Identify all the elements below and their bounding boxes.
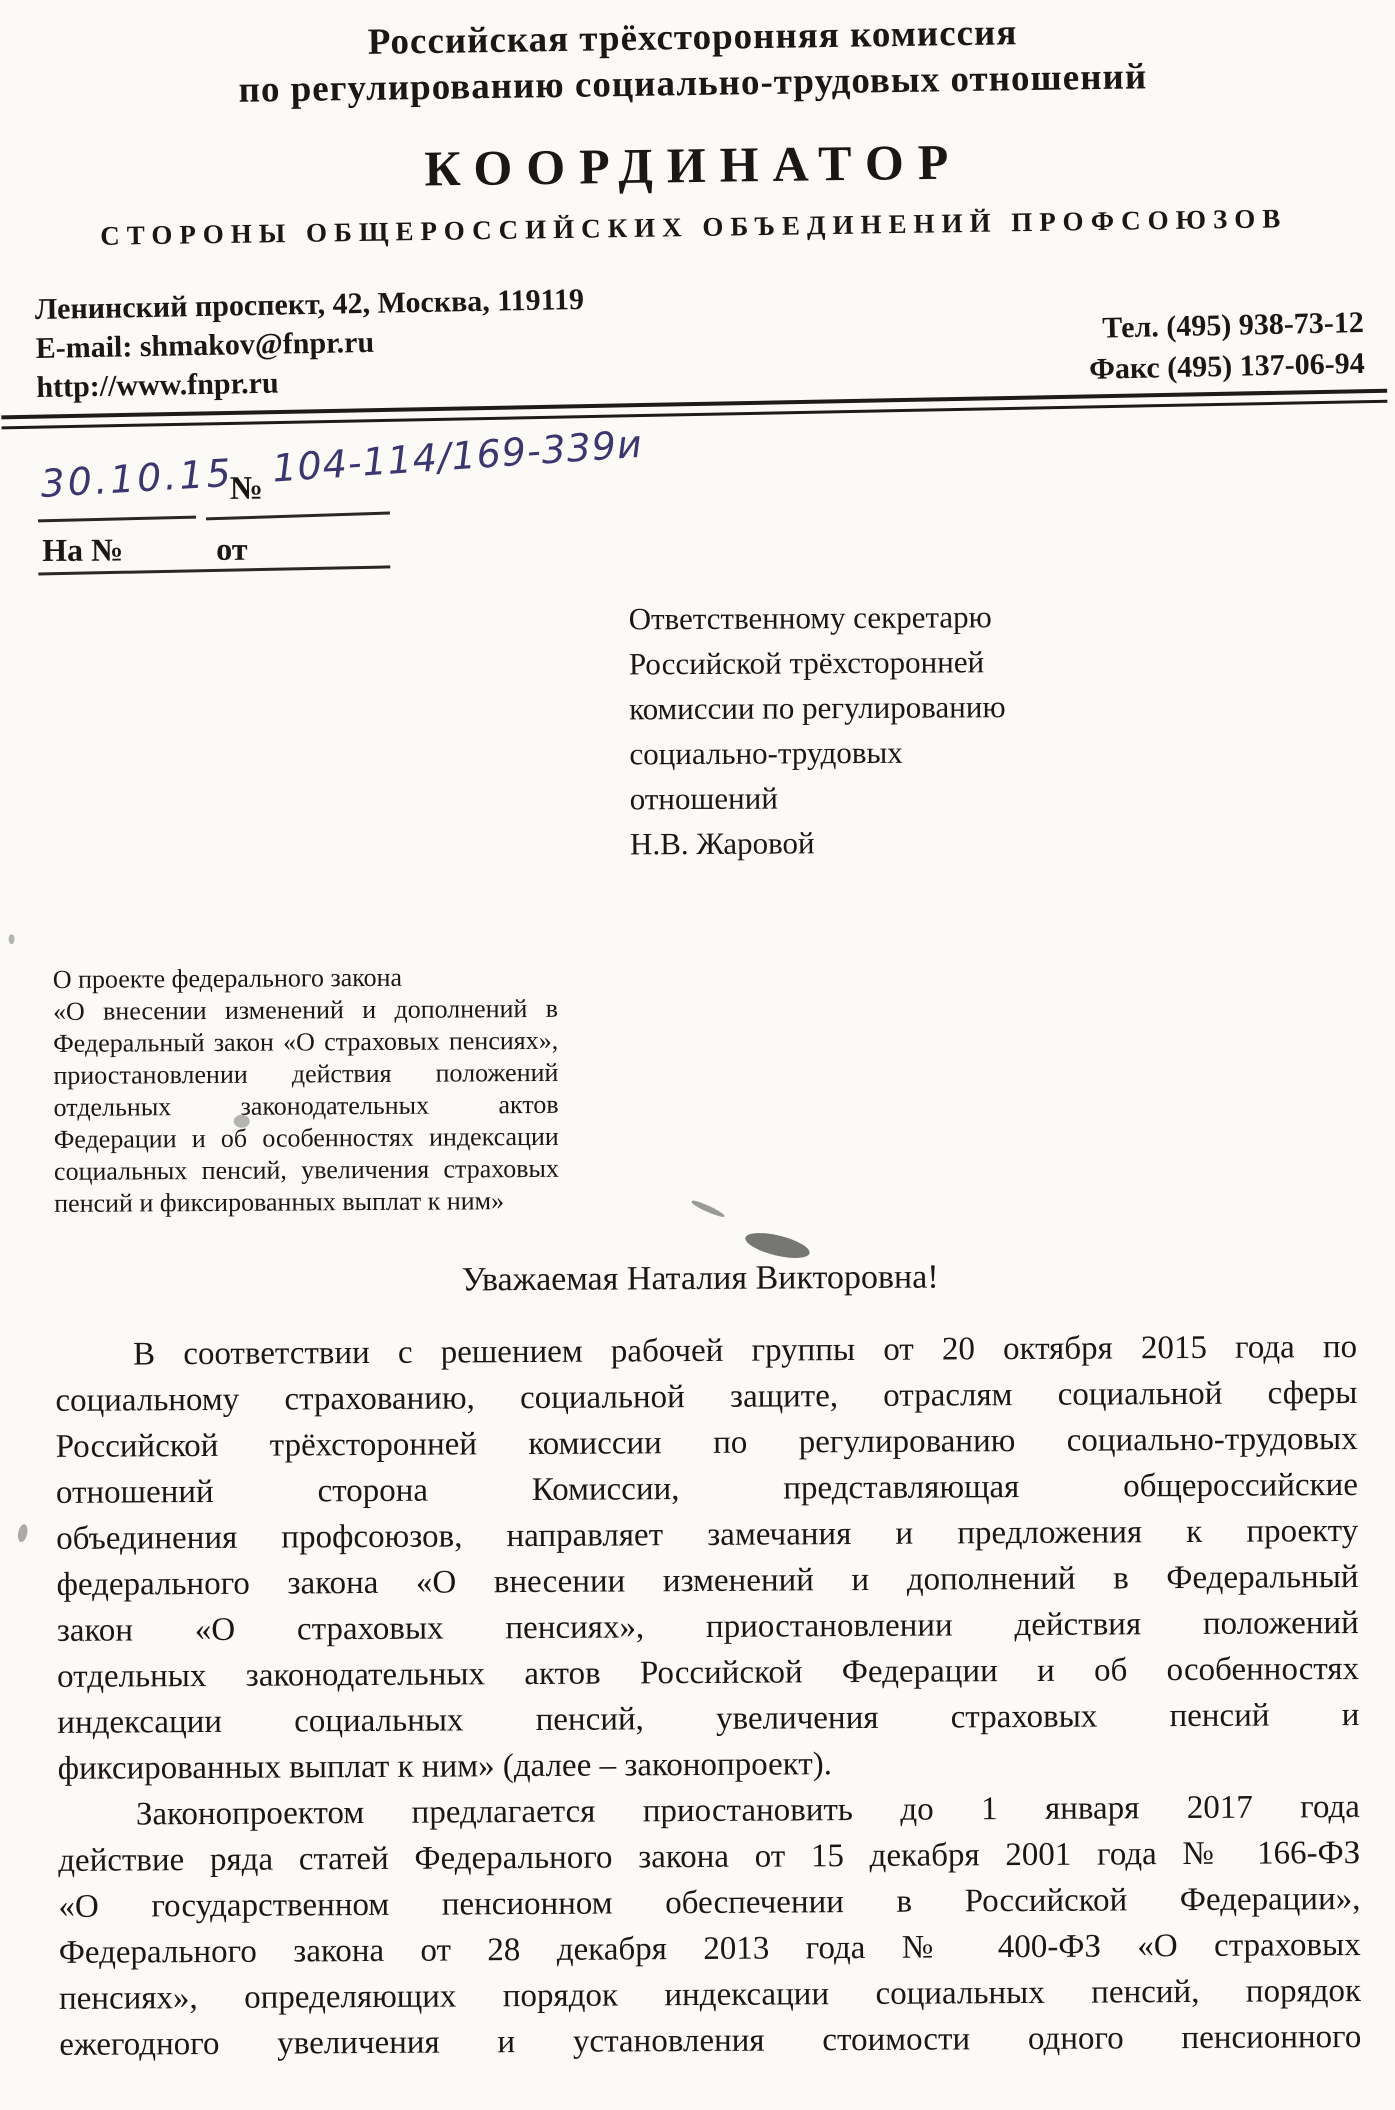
body-line: закон «О страховых пенсиях», приостановл… xyxy=(57,1600,1359,1654)
addressee-line: Российской трёхсторонней xyxy=(629,639,1029,686)
subject-line: О проекте федерального закона xyxy=(53,961,558,996)
body-line: отношений сторона Комиссии, представляющ… xyxy=(56,1462,1358,1516)
salutation: Уважаемая Наталия Викторовна! xyxy=(3,1256,1395,1303)
subject-line: Федерации и об особенностях индексации xyxy=(54,1121,559,1156)
addressee-line: Н.В. Жаровой xyxy=(630,819,1030,866)
body-line: Федерального закона от 28 декабря 2013 г… xyxy=(59,1922,1361,1976)
body-line: В соответствии с решением рабочей группы… xyxy=(55,1324,1357,1378)
scan-artifact xyxy=(9,934,15,944)
body-line: ежегодного увеличения и установления сто… xyxy=(59,2014,1361,2068)
body-line: Российской трёхсторонней комиссии по рег… xyxy=(56,1416,1358,1470)
body-line: индексации социальных пенсий, увеличения… xyxy=(57,1692,1359,1746)
subject-line: отдельных законодательных актов Российск… xyxy=(54,1089,559,1124)
body-paragraph-1: В соответствии с решением рабочей группы… xyxy=(55,1324,1360,1792)
body-line: фиксированных выплат к ним» (далее – зак… xyxy=(57,1738,1359,1792)
ref-date-handwritten: 30.10.15 xyxy=(39,451,234,506)
contact-fax: Факс (495) 137-06-94 xyxy=(1089,343,1365,390)
addressee-line: Ответственному секретарю xyxy=(628,594,1028,641)
body-line: пенсиях», определяющих порядок индексаци… xyxy=(59,1968,1361,2022)
contacts-left-block: Ленинский проспект, 42, Москва, 119119 E… xyxy=(35,280,586,407)
body-line: Законопроектом предлагается приостановит… xyxy=(58,1784,1360,1838)
ref-number-underline xyxy=(206,511,390,520)
scanned-letter-page: Российская трёхсторонняя комиссия по рег… xyxy=(0,0,1395,2110)
scan-artifact xyxy=(16,1523,28,1542)
addressee-line: социально-трудовых xyxy=(629,729,1029,776)
letter-body: В соответствии с решением рабочей группы… xyxy=(55,1324,1361,2068)
subject-line: Федеральный закон «О страховых пенсиях», xyxy=(53,1025,558,1060)
ref-number-handwritten: 104-114/169-339и xyxy=(271,422,644,491)
ref-reply-from-label: от xyxy=(216,531,248,568)
subject-block: О проекте федерального закона«О внесении… xyxy=(53,961,560,1220)
subject-line: социальных пенсий, увеличения страховых xyxy=(54,1153,559,1188)
scan-content: Российская трёхсторонняя комиссия по рег… xyxy=(0,0,1395,2110)
body-line: федерального закона «О внесении изменени… xyxy=(56,1554,1358,1608)
body-line: объединения профсоюзов, направляет замеч… xyxy=(56,1508,1358,1562)
contact-phone: Тел. (495) 938-73-12 xyxy=(1088,302,1364,349)
addressee-line: отношений xyxy=(630,774,1030,821)
ref-date-underline xyxy=(38,516,196,523)
body-line: «О государственном пенсионном обеспечени… xyxy=(58,1876,1360,1930)
body-line: социальному страхованию, социальной защи… xyxy=(55,1370,1357,1424)
body-line: отдельных законодательных актов Российск… xyxy=(57,1646,1359,1700)
subject-line: приостановлении действия положений xyxy=(53,1057,558,1092)
body-line: действие ряда статей Федерального закона… xyxy=(58,1830,1360,1884)
ref-number-sign: № xyxy=(230,471,263,508)
ref-reply-label: На № xyxy=(42,532,123,569)
letterhead-role-subtitle: СТОРОНЫ ОБЩЕРОССИЙСКИХ ОБЪЕДИНЕНИЙ ПРОФС… xyxy=(0,202,1391,254)
addressee-block: Ответственному секретарюРоссийской трёхс… xyxy=(628,594,1030,866)
body-paragraph-2: Законопроектом предлагается приостановит… xyxy=(58,1784,1362,2068)
scan-artifact xyxy=(691,1199,726,1219)
scan-artifact xyxy=(743,1228,812,1263)
contacts-right-block: Тел. (495) 938-73-12 Факс (495) 137-06-9… xyxy=(1088,302,1365,390)
subject-line: «О внесении изменений и дополнений в xyxy=(53,993,558,1028)
scan-artifact xyxy=(234,1115,250,1128)
addressee-line: комиссии по регулированию xyxy=(629,684,1029,731)
letterhead-role-title: КООРДИНАТОР xyxy=(0,127,1391,203)
subject-line: пенсий и фиксированных выплат к ним» xyxy=(54,1185,559,1220)
